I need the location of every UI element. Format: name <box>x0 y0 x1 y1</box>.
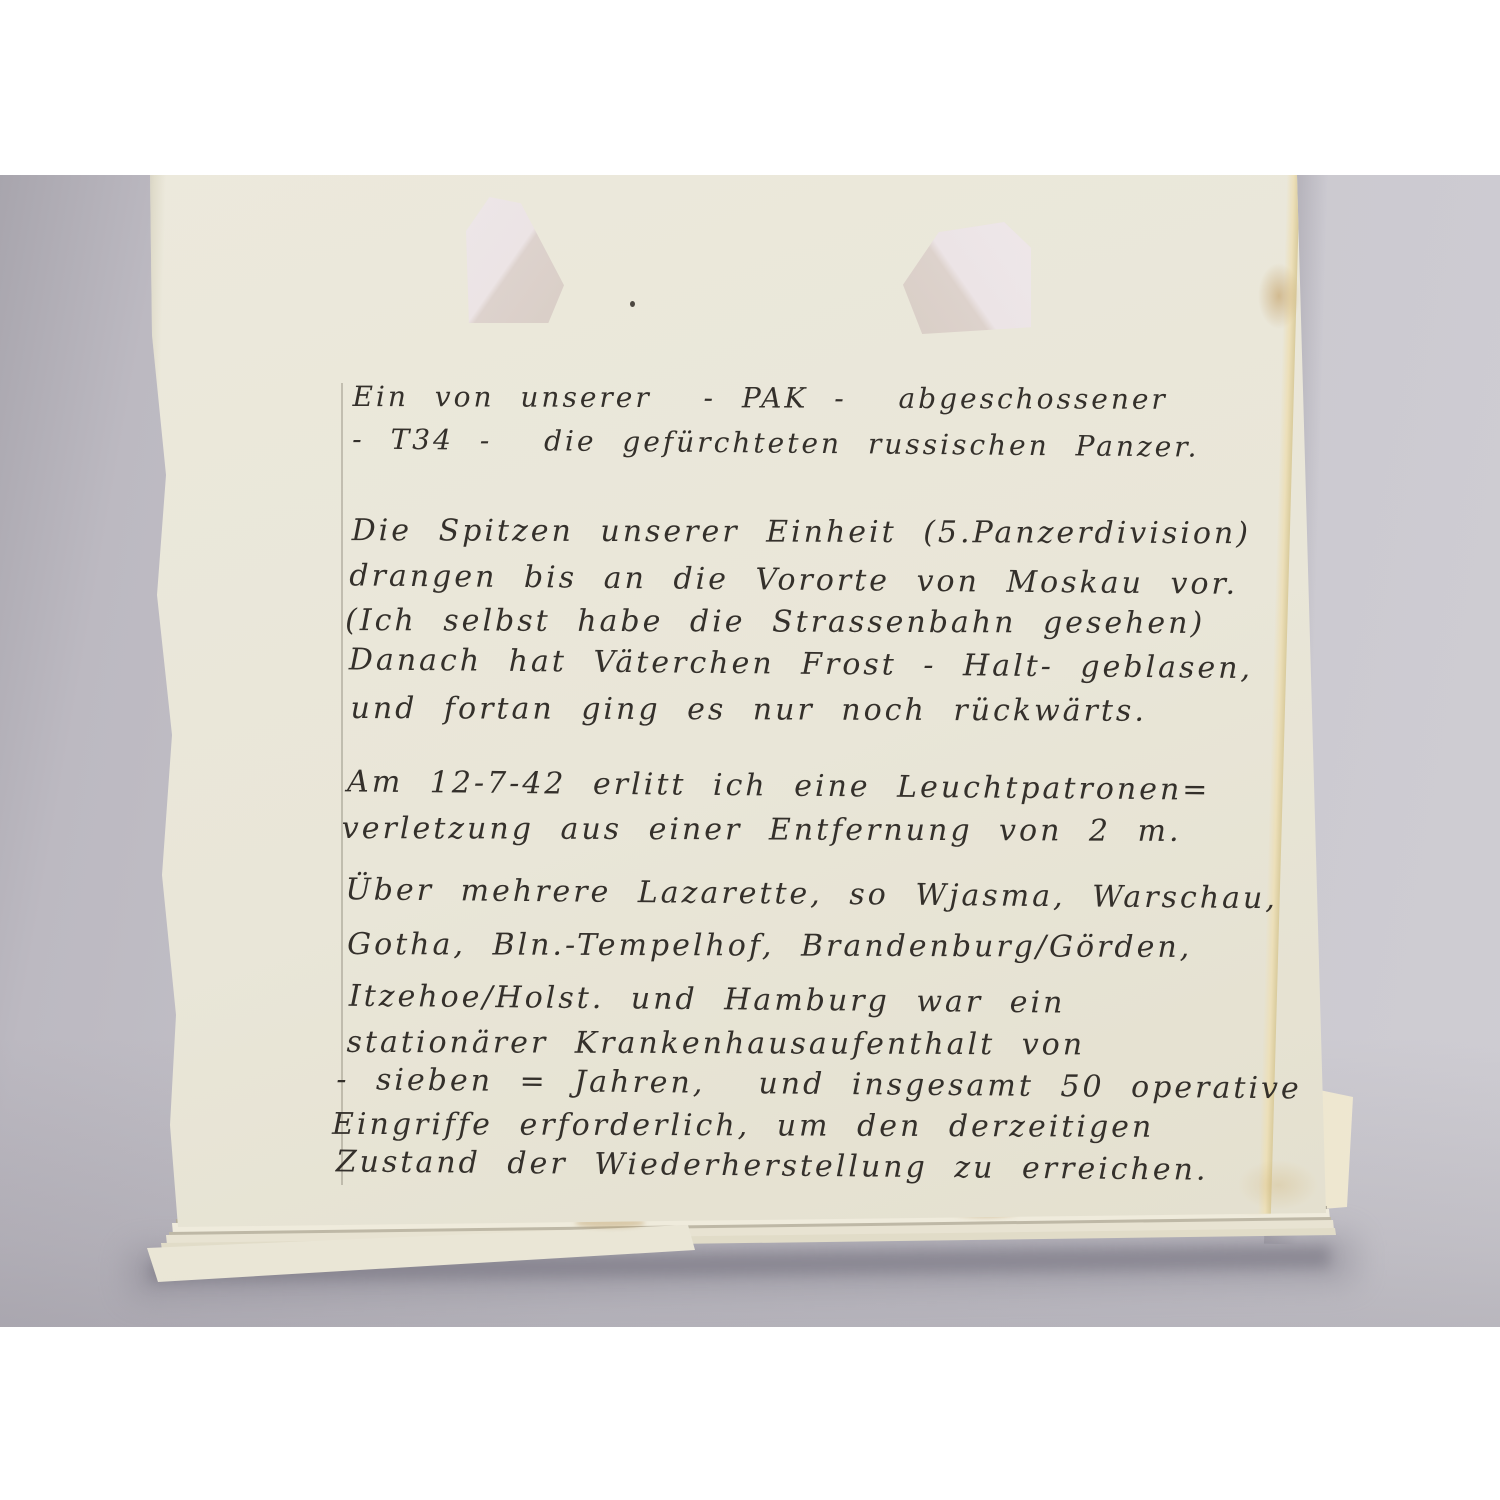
handwriting-line: verletzung aus einer Entfernung von 2 m. <box>342 814 1182 847</box>
handwriting-line: Die Spitzen unserer Einheit (5.Panzerdiv… <box>352 516 1251 549</box>
handwriting-line: Zustand der Wiederherstellung zu erreich… <box>336 1147 1209 1185</box>
album-page: Ein von unserer - PAK - abgeschossener -… <box>0 175 1500 1327</box>
handwriting-line: - T34 - die gefürchteten russischen Panz… <box>352 425 1200 461</box>
handwriting-line: Am 12-7-42 erlitt ich eine Leuchtpatrone… <box>347 767 1211 805</box>
handwritten-text: Ein von unserer - PAK - abgeschossener -… <box>0 175 1500 1327</box>
handwriting-line: drangen bis an die Vororte von Moskau vo… <box>349 561 1238 600</box>
handwriting-line: und fortan ging es nur noch rückwärts. <box>351 694 1147 727</box>
handwriting-line: Über mehrere Lazarette, so Wjasma, Warsc… <box>345 875 1278 914</box>
handwriting-line: Danach hat Väterchen Frost - Halt- gebla… <box>349 645 1253 684</box>
handwriting-line: Ein von unserer - PAK - abgeschossener <box>352 383 1167 414</box>
photo-of-album-page: Ein von unserer - PAK - abgeschossener -… <box>0 175 1500 1327</box>
handwriting-line: - sieben = Jahren, und insgesamt 50 oper… <box>336 1065 1302 1104</box>
handwriting-line: stationärer Krankenhausaufenthalt von <box>346 1028 1085 1061</box>
handwriting-line: Gotha, Bln.-Tempelhof, Brandenburg/Görde… <box>347 930 1192 963</box>
handwriting-line: (Ich selbst habe die Strassenbahn gesehe… <box>345 606 1205 639</box>
handwriting-line: Eingriffe erforderlich, um den derzeitig… <box>332 1110 1154 1143</box>
handwriting-line: Itzehoe/Holst. und Hamburg war ein <box>349 982 1066 1019</box>
